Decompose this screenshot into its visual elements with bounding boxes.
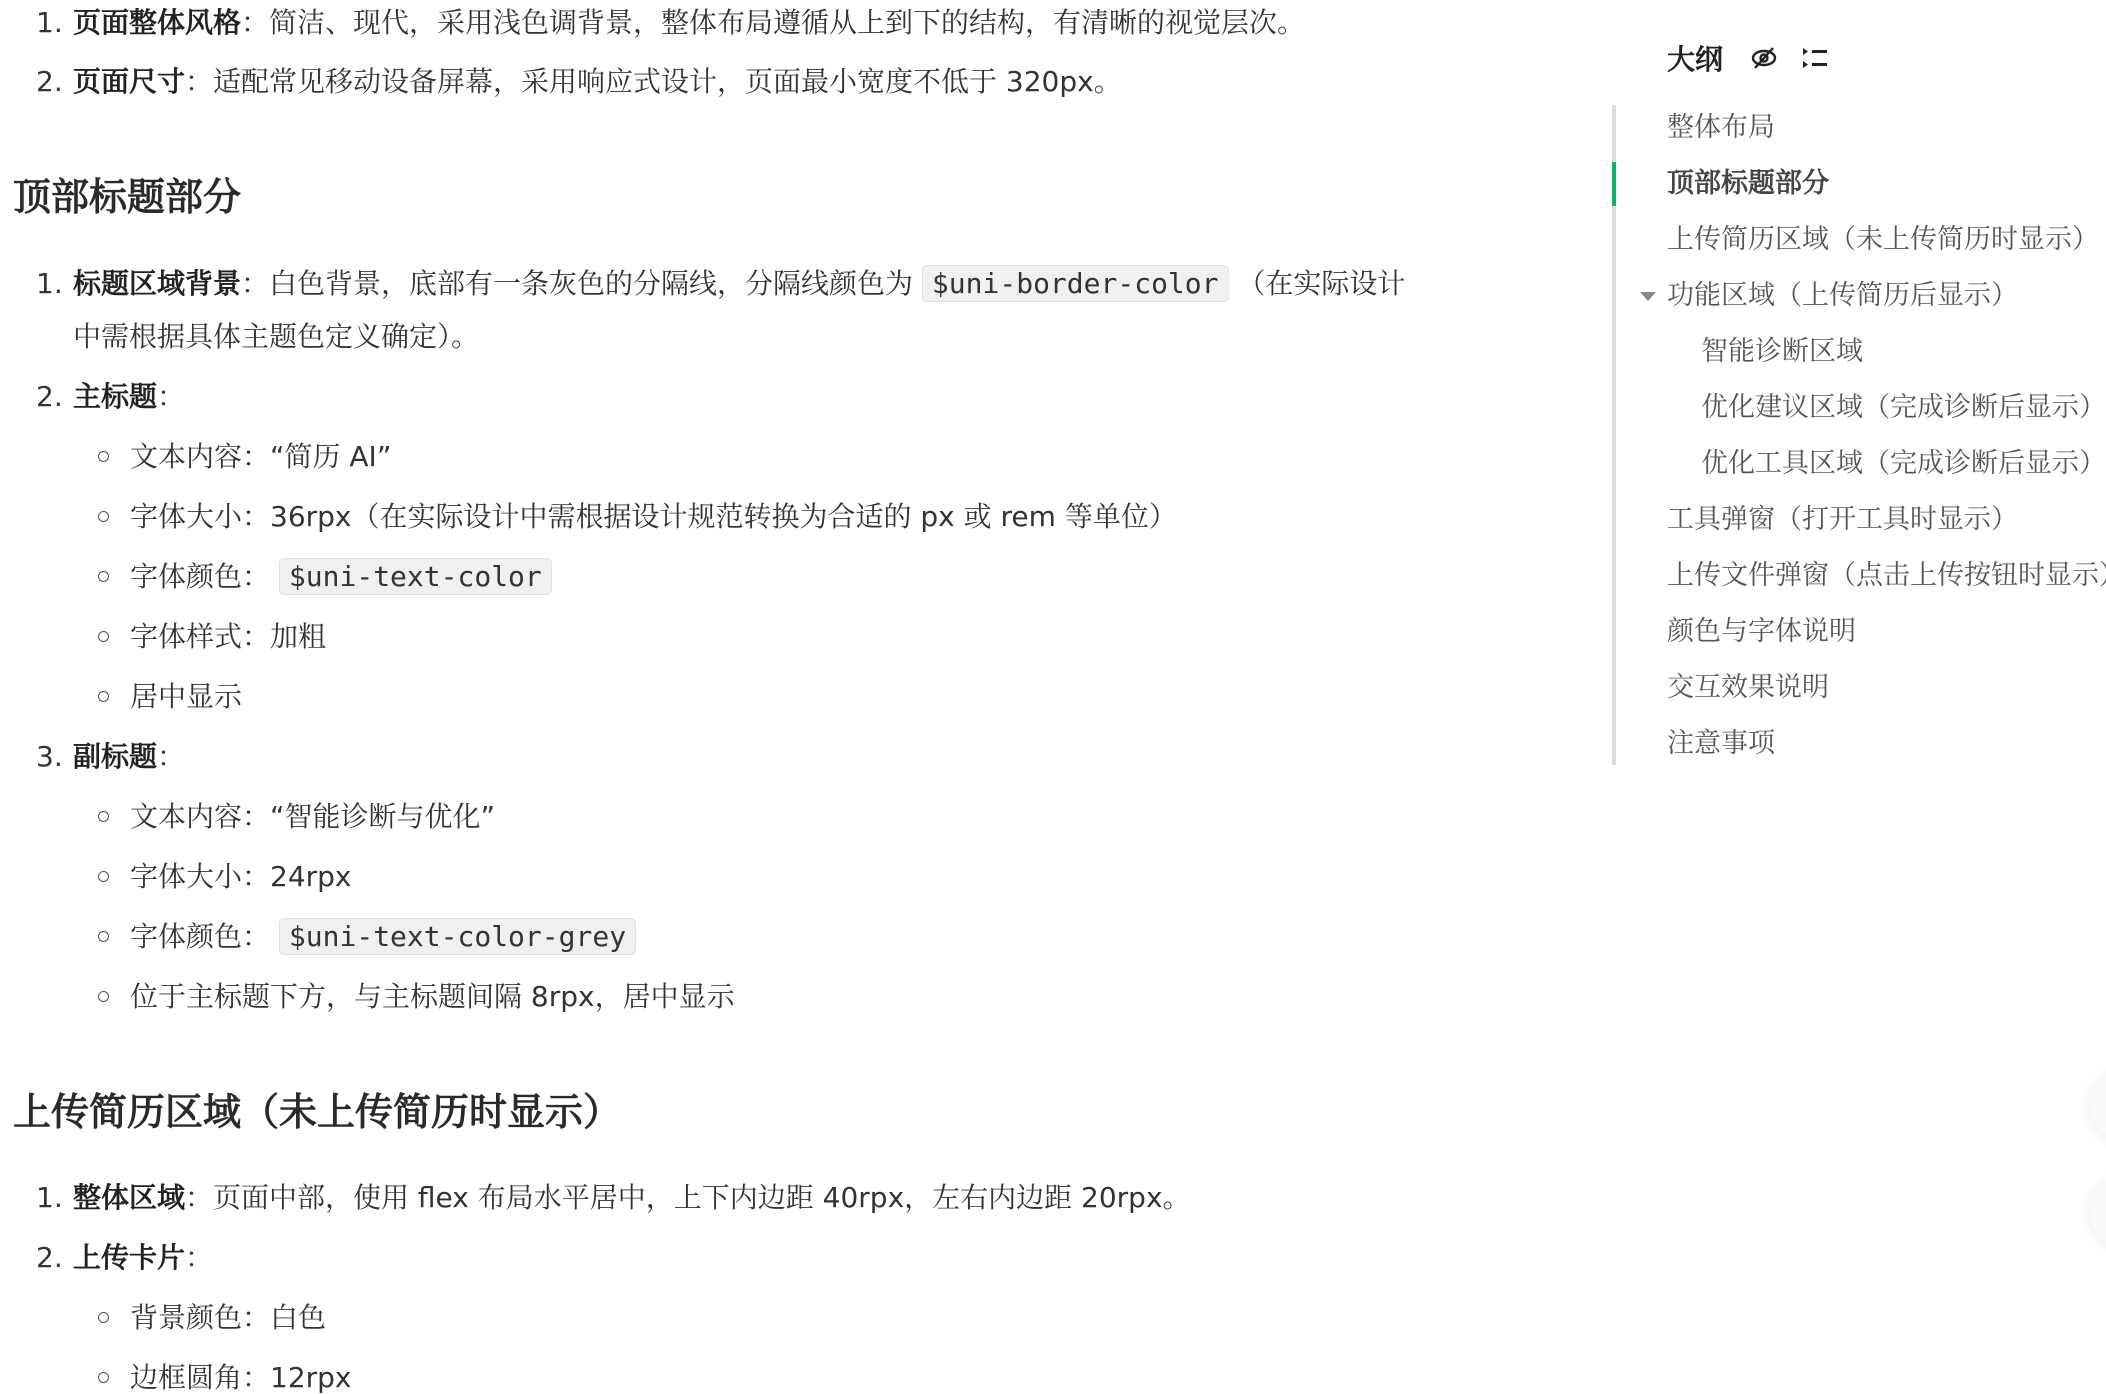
inline-code: $uni-border-color: [922, 265, 1229, 302]
sub-list-item: 文本内容：“简历 AI”: [98, 437, 391, 477]
list-item-colon: ：: [157, 740, 185, 773]
bullet-icon: [98, 871, 109, 882]
outline-item-tool-popup[interactable]: 工具弹窗（打开工具时显示）: [1667, 502, 2018, 538]
caret-down-icon[interactable]: [1640, 292, 1656, 301]
outline-header: 大纲: [1667, 38, 1829, 78]
bullet-icon: [98, 1312, 109, 1323]
sub-list-item: 字体颜色： $uni-text-color: [98, 557, 552, 597]
sub-list-text: 字体样式：加粗: [130, 620, 326, 653]
outline-item-diagnosis[interactable]: 智能诊断区域: [1701, 334, 1863, 370]
outline-item-suggestions[interactable]: 优化建议区域（完成诊断后显示）: [1701, 390, 2106, 426]
floating-action-button[interactable]: [2090, 1070, 2106, 1140]
sub-list-item: 字体样式：加粗: [98, 617, 326, 657]
collapse-list-icon[interactable]: [1801, 45, 1829, 71]
list-item-text: ：页面中部，使用 flex 布局水平居中，上下内边距 40rpx，左右内边距 2…: [185, 1181, 1191, 1214]
list-item: 2.上传卡片：: [36, 1238, 213, 1278]
sub-list-text: 字体颜色：: [130, 560, 279, 593]
outline-item-notes[interactable]: 注意事项: [1667, 726, 1775, 762]
bullet-icon: [98, 691, 109, 702]
outline-item-interaction[interactable]: 交互效果说明: [1667, 670, 1829, 706]
sub-list-text: 位于主标题下方，与主标题间隔 8rpx，居中显示: [130, 980, 735, 1013]
floating-action-button[interactable]: [2090, 1177, 2106, 1247]
outline-item-top-title[interactable]: 顶部标题部分: [1667, 166, 1829, 202]
outline-item-overall-layout[interactable]: 整体布局: [1667, 110, 1775, 146]
bullet-icon: [98, 571, 109, 582]
list-number: 1.: [36, 3, 73, 43]
outline-item-function-area[interactable]: 功能区域（上传简历后显示）: [1667, 278, 2018, 314]
inline-code: $uni-text-color-grey: [279, 918, 636, 955]
sub-list-item: 字体大小：36rpx（在实际设计中需根据设计规范转换为合适的 px 或 rem …: [98, 497, 1177, 537]
bullet-icon: [98, 811, 109, 822]
bullet-icon: [98, 631, 109, 642]
bullet-icon: [98, 931, 109, 942]
list-item-text: （在实际设计: [1229, 267, 1406, 300]
sub-list-text: 背景颜色：白色: [130, 1301, 326, 1334]
list-item-text: ：适配常见移动设备屏幕，采用响应式设计，页面最小宽度不低于 320px。: [185, 65, 1122, 98]
sub-list-text: 字体大小：36rpx（在实际设计中需根据设计规范转换为合适的 px 或 rem …: [130, 500, 1177, 533]
list-item: 2.页面尺寸：适配常见移动设备屏幕，采用响应式设计，页面最小宽度不低于 320p…: [36, 62, 1122, 102]
list-item-label: 主标题: [73, 380, 157, 413]
list-item: 1.标题区域背景：白色背景，底部有一条灰色的分隔线，分隔线颜色为 $uni-bo…: [36, 264, 1405, 304]
list-item-continuation: 中需根据具体主题色定义确定）。: [73, 317, 479, 357]
sub-list-text: 边框圆角：12rpx: [130, 1361, 352, 1394]
bullet-icon: [98, 991, 109, 1002]
sub-list-text: 字体颜色：: [130, 920, 279, 953]
list-item-text: ：简洁、现代，采用浅色调背景，整体布局遵循从上到下的结构，有清晰的视觉层次。: [241, 6, 1305, 39]
outline-active-indicator: [1612, 162, 1616, 206]
sub-list-text: 居中显示: [130, 680, 242, 713]
sub-list-item: 文本内容：“智能诊断与优化”: [98, 797, 495, 837]
sub-list-text: 文本内容：“智能诊断与优化”: [130, 800, 495, 833]
list-item-label: 页面尺寸: [73, 65, 185, 98]
outline-item-upload-popup[interactable]: 上传文件弹窗（点击上传按钮时显示）: [1667, 558, 2106, 594]
list-item-text: ：白色背景，底部有一条灰色的分隔线，分隔线颜色为: [241, 267, 922, 300]
section-heading: 上传简历区域（未上传简历时显示）: [13, 1087, 621, 1137]
list-number: 3.: [36, 737, 73, 777]
bullet-icon: [98, 1372, 109, 1383]
list-number: 2.: [36, 377, 73, 417]
sub-list-item: 居中显示: [98, 677, 242, 717]
list-item: 1.页面整体风格：简洁、现代，采用浅色调背景，整体布局遵循从上到下的结构，有清晰…: [36, 3, 1305, 43]
list-number: 2.: [36, 62, 73, 102]
list-item: 1.整体区域：页面中部，使用 flex 布局水平居中，上下内边距 40rpx，左…: [36, 1178, 1191, 1218]
list-number: 2.: [36, 1238, 73, 1278]
list-item: 2.主标题：: [36, 377, 185, 417]
sub-list-text: 字体大小：24rpx: [130, 860, 352, 893]
sub-list-item: 背景颜色：白色: [98, 1298, 326, 1338]
sub-list-text: 文本内容：“简历 AI”: [130, 440, 391, 473]
list-item-colon: ：: [185, 1241, 213, 1274]
list-number: 1.: [36, 264, 73, 304]
list-item-label: 副标题: [73, 740, 157, 773]
list-number: 1.: [36, 1178, 73, 1218]
inline-code: $uni-text-color: [279, 558, 552, 595]
sub-list-item: 边框圆角：12rpx: [98, 1358, 352, 1394]
list-item-colon: ：: [157, 380, 185, 413]
sub-list-item: 字体大小：24rpx: [98, 857, 352, 897]
eye-off-icon[interactable]: [1749, 45, 1779, 71]
outline-item-colors-fonts[interactable]: 颜色与字体说明: [1667, 614, 1856, 650]
outline-item-tools[interactable]: 优化工具区域（完成诊断后显示）: [1701, 446, 2106, 482]
list-item: 3.副标题：: [36, 737, 185, 777]
sub-list-item: 字体颜色： $uni-text-color-grey: [98, 917, 636, 957]
list-item-label: 整体区域: [73, 1181, 185, 1214]
bullet-icon: [98, 511, 109, 522]
bullet-icon: [98, 451, 109, 462]
list-item-label: 标题区域背景: [73, 267, 241, 300]
outline-title: 大纲: [1667, 38, 1723, 78]
list-item-label: 上传卡片: [73, 1241, 185, 1274]
section-heading: 顶部标题部分: [13, 172, 241, 222]
sub-list-item: 位于主标题下方，与主标题间隔 8rpx，居中显示: [98, 977, 735, 1017]
list-item-label: 页面整体风格: [73, 6, 241, 39]
outline-item-upload-resume[interactable]: 上传简历区域（未上传简历时显示）: [1667, 222, 2099, 258]
